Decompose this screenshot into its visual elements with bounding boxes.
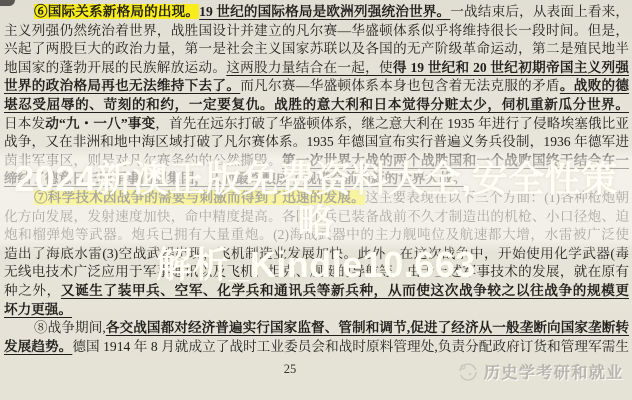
document-body: ⑥国际关系新格局的出现。19 世纪的国际格局是欧洲列强统治世界。一战结束后，从表… <box>4 3 629 356</box>
text-line: 堪忍受屈辱的、苛刻的和约，一定要复仇。战胜的意大利和日本觉得分赃太少，伺机重新瓜… <box>4 96 629 115</box>
text-line: 战争，又在非洲和地中海区域打破了凡尔赛体系。1935 年德国宣布实行普遍义务兵役… <box>4 133 629 152</box>
text-line: 世界的政治格局再也无法维持下去了。而凡尔赛—华盛顿体系本身也包含着无法克服的矛盾… <box>4 77 629 96</box>
text-run: 动“九・一八”事变 <box>45 116 155 131</box>
text-run: 茵非军事区，则是对凡尔赛条约的公然撕毁。 <box>4 153 282 168</box>
text-run: ⑧战争期间, <box>34 320 106 335</box>
text-run: ⑦科学技术因战争的需要与刺激而得到了迅速的发展。 <box>34 190 365 205</box>
text-line: ⑦科学技术因战争的需要与刺激而得到了迅速的发展。这主要表现在以下三个方面：(1)… <box>4 189 629 208</box>
text-line: 日本发动“九・一八”事变，首先在远东打破了华盛顿体系，继之意大利在 1935 年… <box>4 115 629 134</box>
text-line: 无线电技术广泛应用于军事通讯以及飞机、坦克、舰艇的导航等。由于上述军事技术的发展… <box>4 263 629 282</box>
document-page: { "page": { "paper_color": "#e5e2d7", "h… <box>0 0 632 400</box>
watermark-logo-icon <box>458 362 478 382</box>
watermark: 历史学考研和就业 <box>458 360 624 383</box>
text-run: 兴起了两股巨大的政治力量，第一是社会主义国家苏联以及各国的无产阶级革命运动，第二… <box>4 41 629 59</box>
text-line: 地国家的蓬勃开展的民族解放运动。这两股力量结合在一起，使得 19 世纪和 20 … <box>4 59 629 78</box>
text-line: 兴起了两股巨大的政治力量，第一是社会主义国家苏联以及各国的无产阶级革命运动，第二… <box>4 40 629 59</box>
text-run: 地国家的蓬勃开展的民族解放运动。 <box>4 60 226 75</box>
text-run: 日本发 <box>4 116 45 131</box>
text-line: ⑧战争期间,各交战国都对经济普遍实行国家监督、管制和调节,促进了经济从一般垄断向… <box>4 319 629 338</box>
text-line: 坏力更强。 <box>4 301 629 320</box>
text-line: 主义列强仍然统治着世界，战胜国设计并建立的凡尔赛—华盛顿体系似乎将维持很长一段时… <box>4 22 629 41</box>
text-run: 无线电技术广泛应用于军事通讯以及飞机、坦克、舰艇的导航等。由于上述军事技术的发展… <box>4 264 629 282</box>
text-run: 又诞生了装甲兵、空军、化学兵和通讯兵等新兵种，从而使这次战争较之以往战争的规模更… <box>4 283 629 301</box>
text-run: 造出了海底水雷(3)空战武器出现，飞机制造业发展加快。此外，在这次战争中，开始使… <box>4 246 629 264</box>
text-line: 造出了海底水雷(3)空战武器出现，飞机制造业发展加快。此外，在这次战争中，开始使… <box>4 245 629 264</box>
text-run: 炮和榴弹炮等武器。炮兵已拥有大量重炮。(2)海战武器中的主力舰吨位及航速都大增，… <box>4 227 629 245</box>
text-run: 化方向发展，发射速度加快，命中精度提高。各国士兵已装备战前不久才制造出的机枪、小… <box>4 209 629 227</box>
text-run: 19 世纪的国际格局是欧洲列强统治世界。 <box>199 4 450 19</box>
text-line: 发展趋势。德国 1914 年 8 月就成立了战时工业委员会和战时原料管理处,负责… <box>4 338 629 357</box>
text-line: 种之外，又诞生了装甲兵、空军、化学兵和通讯兵等新兵种，从而使这次战争较之以往战争… <box>4 282 629 301</box>
watermark-text: 历史学考研和就业 <box>484 360 624 383</box>
text-run: 坏力更强。 <box>4 302 72 317</box>
text-run: 这两股力量结合在一起，使 <box>226 60 393 75</box>
text-run: 发展趋势。 <box>4 339 72 354</box>
text-line: 化方向发展，发射速度加快，命中精度提高。各国士兵已装备战前不久才制造出的机枪、小… <box>4 208 629 227</box>
text-run: 德国 1914 年 8 月就成立了战时工业委员会和战时原料管理处,负责分配政府订… <box>4 339 629 357</box>
text-run: 战争，又在非洲和地中海区域打破了凡尔赛体系。1935 年德国宣布实行普遍义务兵役… <box>4 134 629 152</box>
text-line: 炮和榴弹炮等武器。炮兵已拥有大量重炮。(2)海战武器中的主力舰吨位及航速都大增，… <box>4 226 629 245</box>
text-run: ⑥国际关系新格局的出现。 <box>34 4 199 19</box>
text-run: 堪忍受屈辱的、苛刻的和约，一定要复仇。战胜的意大利和日本觉得分赃太少，伺机重新瓜… <box>4 97 629 112</box>
text-run: 种之外， <box>4 283 61 298</box>
text-line: ⑥国际关系新格局的出现。19 世纪的国际格局是欧洲列强统治世界。一战结束后，从表… <box>4 3 629 22</box>
text-line: 茵非军事区，则是对凡尔赛条约的公然撕毁。第一次世界大战的两个战胜国和一个战败国终… <box>4 152 629 171</box>
text-run: 缔结了德意日三国军事同盟集团，从而最终酿成了规模空前的新的世界大战。 <box>4 171 466 186</box>
text-run: 世界的政治格局再也无法维持下去了。 <box>4 78 240 93</box>
text-run: 主义列强仍然统治着世界，战胜国设计并建立的凡尔赛—华盛顿体系似乎将维持很长一段时… <box>4 23 629 41</box>
text-run: 而凡尔赛—华盛顿体系本身也包含着无法克服的矛盾 <box>240 78 560 93</box>
text-line: 缔结了德意日三国军事同盟集团，从而最终酿成了规模空前的新的世界大战。 <box>4 170 629 189</box>
